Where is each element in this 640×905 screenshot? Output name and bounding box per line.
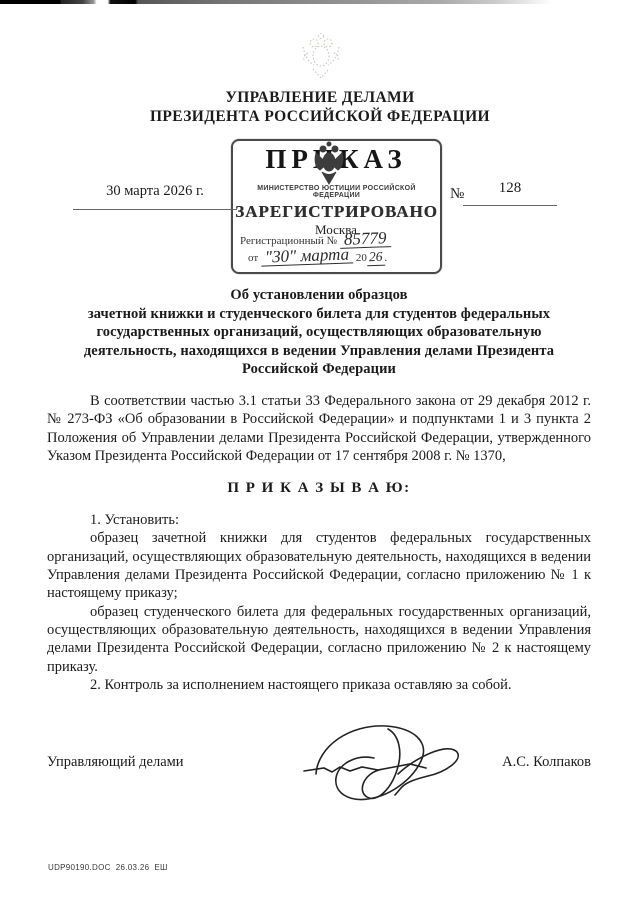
signatory-position: Управляющий делами [47, 754, 184, 771]
organization-name: УПРАВЛЕНИЕ ДЕЛАМИ ПРЕЗИДЕНТА РОССИЙСКОЙ … [0, 88, 640, 126]
document-title: Об установлении образцов зачетной книжки… [47, 286, 591, 379]
stamp-date-handwritten: "30" марта [261, 246, 354, 266]
scan-artifact-top [0, 0, 552, 4]
preamble-paragraph: В соответствии частью 3.1 статьи 33 Феде… [47, 392, 591, 465]
signatory-name: А.С. Колпаков [502, 754, 591, 771]
order-item: 1. Установить: [47, 511, 591, 529]
stamp-date-line: от "30" марта 2026. [248, 248, 436, 266]
document-page: УПРАВЛЕНИЕ ДЕЛАМИ ПРЕЗИДЕНТА РОССИЙСКОЙ … [0, 0, 640, 905]
stamp-date-prefix: от [248, 252, 258, 264]
stamp-date-end: . [384, 252, 387, 264]
order-item: образец студенческого билета для федерал… [47, 603, 591, 676]
footer-file-reference: UDP90190.DOC 26.03.26 ЕШ [48, 863, 168, 872]
order-item: 2. Контроль за исполнением настоящего пр… [47, 676, 591, 694]
signature-scribble [298, 712, 470, 808]
state-emblem-icon [298, 31, 344, 81]
stamp-ministry-line: МИНИСТЕРСТВО ЮСТИЦИИ РОССИЙСКОЙ ФЕДЕРАЦИ… [233, 185, 440, 199]
document-number-value: 128 [463, 180, 557, 206]
document-date: 30 марта 2026 г. [73, 183, 237, 210]
stamp-year-handwritten: 26 [367, 249, 385, 267]
document-body: Об установлении образцов зачетной книжки… [47, 286, 591, 694]
stamp-registered-word: ЗАРЕГИСТРИРОВАНО [233, 202, 440, 222]
order-item: образец зачетной книжки для студентов фе… [47, 529, 591, 602]
decree-word: П Р И К А З Ы В А Ю: [47, 480, 591, 497]
stamp-year-printed: 20 [356, 252, 367, 264]
